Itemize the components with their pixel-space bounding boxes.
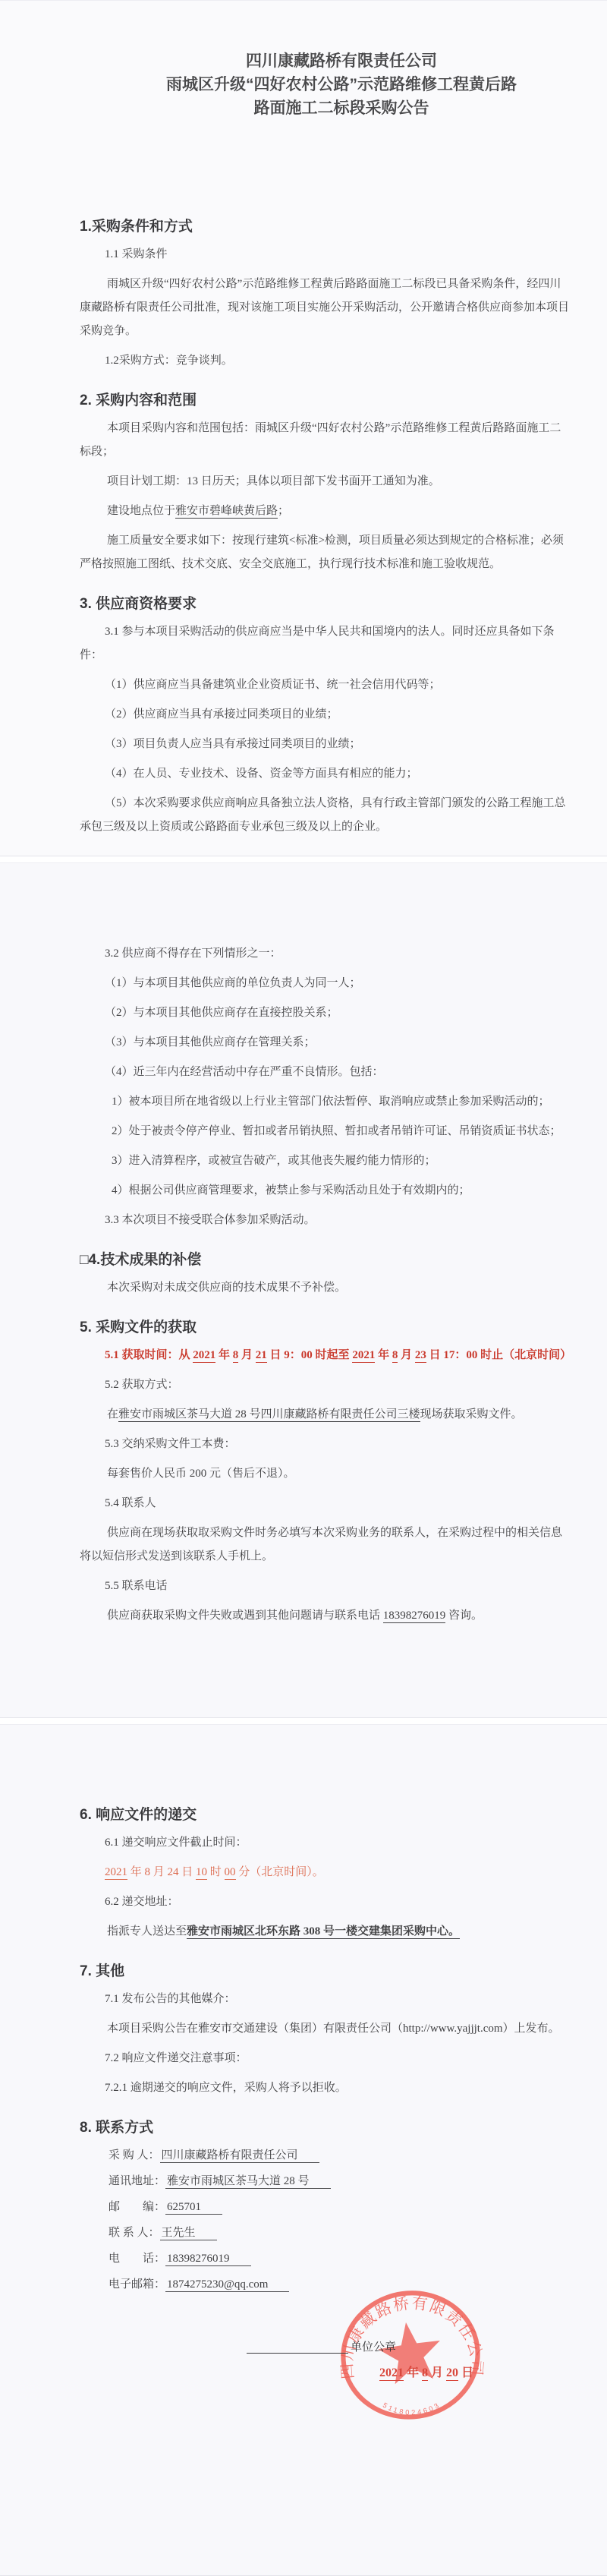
company-seal-graphic: 四川康藏路桥有限责任公司 5118024603 <box>336 2287 485 2427</box>
sub-list-item: 1）被本项目所在地省级以上行业主管部门依法暂停、取消响应或禁止参加采购活动的； <box>80 1090 572 1114</box>
section-4-heading: □4.技术成果的补偿 <box>80 1250 572 1270</box>
contact-row: 联 系 人：王先生 <box>109 2224 572 2241</box>
contact-label: 邮 编： <box>109 2199 165 2215</box>
contact-phone: 18398276019 <box>165 2253 251 2266</box>
hotline-phone: 18398276019 <box>383 1610 446 1623</box>
clause-3-3: 3.3 本次项目不接受联合体参加采购活动。 <box>80 1209 572 1232</box>
section-1-heading: 1.采购条件和方式 <box>80 217 572 237</box>
time-text: 月 <box>238 1349 256 1361</box>
deadline-text: 分（北京时间）。 <box>236 1866 324 1878</box>
seal-date: 2021 年 8 月 20 日 <box>379 2363 473 2380</box>
clause-5-2: 5.2 获取方式： <box>80 1373 572 1397</box>
delivery-prefix: 指派专人送达至 <box>107 1925 187 1938</box>
contact-label: 电子邮箱： <box>109 2276 165 2293</box>
seal-label: 单位公章 <box>351 2338 396 2354</box>
delivery-address: 雅安市雨城区北环东路 308 号一楼交建集团采购中心。 <box>187 1925 460 1939</box>
list-item: （4）在人员、专业技术、设备、资金等方面具有相应的能力； <box>80 762 572 786</box>
contact-label: 联 系 人： <box>109 2224 160 2241</box>
schedule-paragraph: 项目计划工期：13 日历天；具体以项目部下发书面开工通知为准。 <box>80 470 572 493</box>
list-item: （1）与本项目其他供应商的单位负责人为同一人； <box>80 972 572 995</box>
contact-email: 1874275230@qq.com <box>165 2278 289 2292</box>
signature-line <box>247 2353 348 2354</box>
clause-3-1: 3.1 参与本项目采购活动的供应商应当是中华人民共和国境内的法人。同时还应具备如… <box>80 620 572 667</box>
seal-date-text: 年 <box>404 2366 422 2379</box>
contact-label: 电 话： <box>109 2250 165 2267</box>
fee-line: 每套售价人民币 200 元（售后不退）。 <box>80 1462 572 1486</box>
addr-suffix: 现场获取采购文件。 <box>420 1408 523 1420</box>
list-item: （3）与本项目其他供应商存在管理关系； <box>80 1031 572 1055</box>
contact-row: 电 话：18398276019 <box>109 2250 572 2267</box>
clause-1-2: 1.2采购方式：竞争谈判。 <box>80 349 572 373</box>
page-gap <box>0 1718 607 1724</box>
delivery-address-line: 指派专人送达至雅安市雨城区北环东路 308 号一楼交建集团采购中心。 <box>80 1920 572 1944</box>
time-text: 年 <box>375 1349 392 1361</box>
time-text: 日 9：00 时起至 <box>267 1349 353 1361</box>
time-year-from: 2021 <box>193 1349 215 1363</box>
contact-row: 采 购 人：四川康藏路桥有限责任公司 <box>109 2147 572 2164</box>
hotline-suffix: 咨询。 <box>445 1610 483 1622</box>
seal-date-text: 日 <box>458 2366 473 2379</box>
clause-7-2-1: 7.2.1 逾期递交的响应文件，采购人将予以拒收。 <box>80 2076 572 2100</box>
clause-5-5: 5.5 联系电话 <box>80 1575 572 1598</box>
contact-row: 通讯地址：雅安市雨城区茶马大道 28 号 <box>109 2173 572 2190</box>
construction-site-line: 建设地点位于雅安市碧峰峡黄后路； <box>80 500 572 523</box>
site-prefix: 建设地点位于 <box>107 505 175 517</box>
clause-1-1: 1.1 采购条件 <box>80 243 572 266</box>
compensation-paragraph: 本次采购对未成交供应商的技术成果不予补偿。 <box>80 1276 572 1300</box>
clause-3-2: 3.2 供应商不得存在下列情形之一： <box>80 942 572 966</box>
postal-address: 雅安市雨城区茶马大道 28 号 <box>165 2175 331 2189</box>
contact-person: 王先生 <box>160 2227 217 2240</box>
clause-6-2: 6.2 递交地址： <box>80 1890 572 1914</box>
hotline-line: 供应商获取采购文件失败或遇到其他问题请与联系电话 18398276019 咨询。 <box>80 1604 572 1628</box>
time-text: 月 <box>398 1349 415 1361</box>
sub-list-item: 2）处于被责令停产停业、暂扣或者吊销执照、暂扣或者吊销许可证、吊销资质证书状态； <box>80 1120 572 1143</box>
time-text: 年 <box>215 1349 233 1361</box>
deadline-minute: 00 <box>225 1866 236 1880</box>
hotline-prefix: 供应商获取采购文件失败或遇到其他问题请与联系电话 <box>107 1610 383 1622</box>
doc-title-line-1: 四川康藏路桥有限责任公司 <box>38 49 607 73</box>
publish-media-paragraph: 本项目采购公告在雅安市交通建设（集团）有限责任公司（http://www.yaj… <box>80 2017 572 2041</box>
list-item: （2）供应商应当具有承接过同类项目的业绩； <box>80 703 572 727</box>
deadline-year: 2021 <box>105 1866 127 1880</box>
site-address: 雅安市碧峰峡黄后路 <box>175 505 278 519</box>
contact-row: 邮 编：625701 <box>109 2199 572 2215</box>
seal-date-day: 20 <box>446 2366 458 2381</box>
doc-title-line-2: 雨城区升级“四好农村公路”示范路维修工程黄后路 <box>38 73 607 96</box>
page-1: 四川康藏路桥有限责任公司 雨城区升级“四好农村公路”示范路维修工程黄后路 路面施… <box>0 0 607 856</box>
quality-requirement-paragraph: 施工质量安全要求如下：按现行建筑<标准>检测，项目质量必须达到规定的合格标准；必… <box>80 529 572 576</box>
clause-5-4: 5.4 联系人 <box>80 1492 572 1515</box>
submission-deadline-line: 2021 年 8 月 24 日 10 时 00 分（北京时间）。 <box>80 1861 572 1884</box>
clause-7-2: 7.2 响应文件递交注意事项： <box>80 2047 572 2070</box>
list-item: （5）本次采购要求供应商响应具备独立法人资格，具有行政主管部门颁发的公路工程施工… <box>80 792 572 839</box>
page-3: 6. 响应文件的递交 6.1 递交响应文件截止时间： 2021 年 8 月 24… <box>0 1724 607 2576</box>
list-item: （1）供应商应当具备建筑业企业资质证书、统一社会信用代码等； <box>80 673 572 697</box>
section-5-heading: 5. 采购文件的获取 <box>80 1318 572 1338</box>
contact-person-paragraph: 供应商在现场获取取采购文件时务必填写本次采购业务的联系人，在采购过程中的相关信息… <box>80 1521 572 1569</box>
section-3-heading: 3. 供应商资格要求 <box>80 594 572 614</box>
sub-list-item: 3）进入清算程序，或被宣告破产，或其他丧失履约能力情形的； <box>80 1149 572 1173</box>
addr-prefix: 在 <box>107 1408 118 1420</box>
postcode: 625701 <box>165 2201 222 2215</box>
page-2: 3.2 供应商不得存在下列情形之一： （1）与本项目其他供应商的单位负责人为同一… <box>0 862 607 1718</box>
acquisition-time-line: 5.1 获取时间：从 2021 年 8 月 21 日 9：00 时起至 2021… <box>80 1344 572 1367</box>
site-suffix: ； <box>278 505 289 517</box>
clause-7-1: 7.1 发布公告的其他媒介： <box>80 1988 572 2011</box>
time-day-from: 21 <box>256 1349 267 1363</box>
clause-6-1: 6.1 递交响应文件截止时间： <box>80 1831 572 1855</box>
list-item: （4）近三年内在经营活动中存在严重不良情形。包括： <box>80 1061 572 1084</box>
acquisition-address: 雅安市雨城区茶马大道 28 号四川康藏路桥有限责任公司三楼 <box>118 1408 420 1422</box>
section-8-heading: 8. 联系方式 <box>80 2118 572 2138</box>
scope-paragraph: 本项目采购内容和范围包括：雨城区升级“四好农村公路”示范路维修工程黄后路路面施工… <box>80 417 572 464</box>
section-6-heading: 6. 响应文件的递交 <box>80 1805 572 1825</box>
page-gap <box>0 856 607 862</box>
clause-1-1-paragraph: 雨城区升级“四好农村公路”示范路维修工程黄后路路面施工二标段已具备采购条件，经四… <box>80 273 572 343</box>
time-day-to: 23 <box>415 1349 426 1363</box>
section-2-heading: 2. 采购内容和范围 <box>80 391 572 411</box>
contact-label: 采 购 人： <box>109 2147 160 2164</box>
acquisition-address-line: 在雅安市雨城区茶马大道 28 号四川康藏路桥有限责任公司三楼现场获取采购文件。 <box>80 1403 572 1427</box>
list-item: （2）与本项目其他供应商存在直接控股关系； <box>80 1001 572 1025</box>
sub-list-item: 4）根据公司供应商管理要求，被禁止参与采购活动且处于有效期内的； <box>80 1179 572 1203</box>
time-text: 日 17：00 时止（北京时间） <box>426 1349 571 1361</box>
purchaser-name: 四川康藏路桥有限责任公司 <box>160 2149 319 2163</box>
list-item: （3）项目负责人应当具有承接过同类项目的业绩； <box>80 733 572 756</box>
deadline-hour: 10 <box>196 1866 207 1880</box>
company-seal: 四川康藏路桥有限责任公司 5118024603 <box>336 2287 485 2427</box>
deadline-text: 时 <box>207 1866 225 1878</box>
doc-title-line-3: 路面施工二标段采购公告 <box>38 96 607 120</box>
contact-label: 通讯地址： <box>109 2173 165 2190</box>
seal-date-text: 月 <box>428 2366 446 2379</box>
deadline-text: 年 8 月 24 日 <box>127 1866 196 1878</box>
time-year-to: 2021 <box>352 1349 375 1363</box>
clause-5-3: 5.3 交纳采购文件工本费： <box>80 1433 572 1456</box>
section-7-heading: 7. 其他 <box>80 1962 572 1982</box>
time-text: 5.1 获取时间：从 <box>105 1349 193 1361</box>
seal-date-month: 8 <box>422 2366 428 2381</box>
seal-date-year: 2021 <box>379 2366 404 2381</box>
